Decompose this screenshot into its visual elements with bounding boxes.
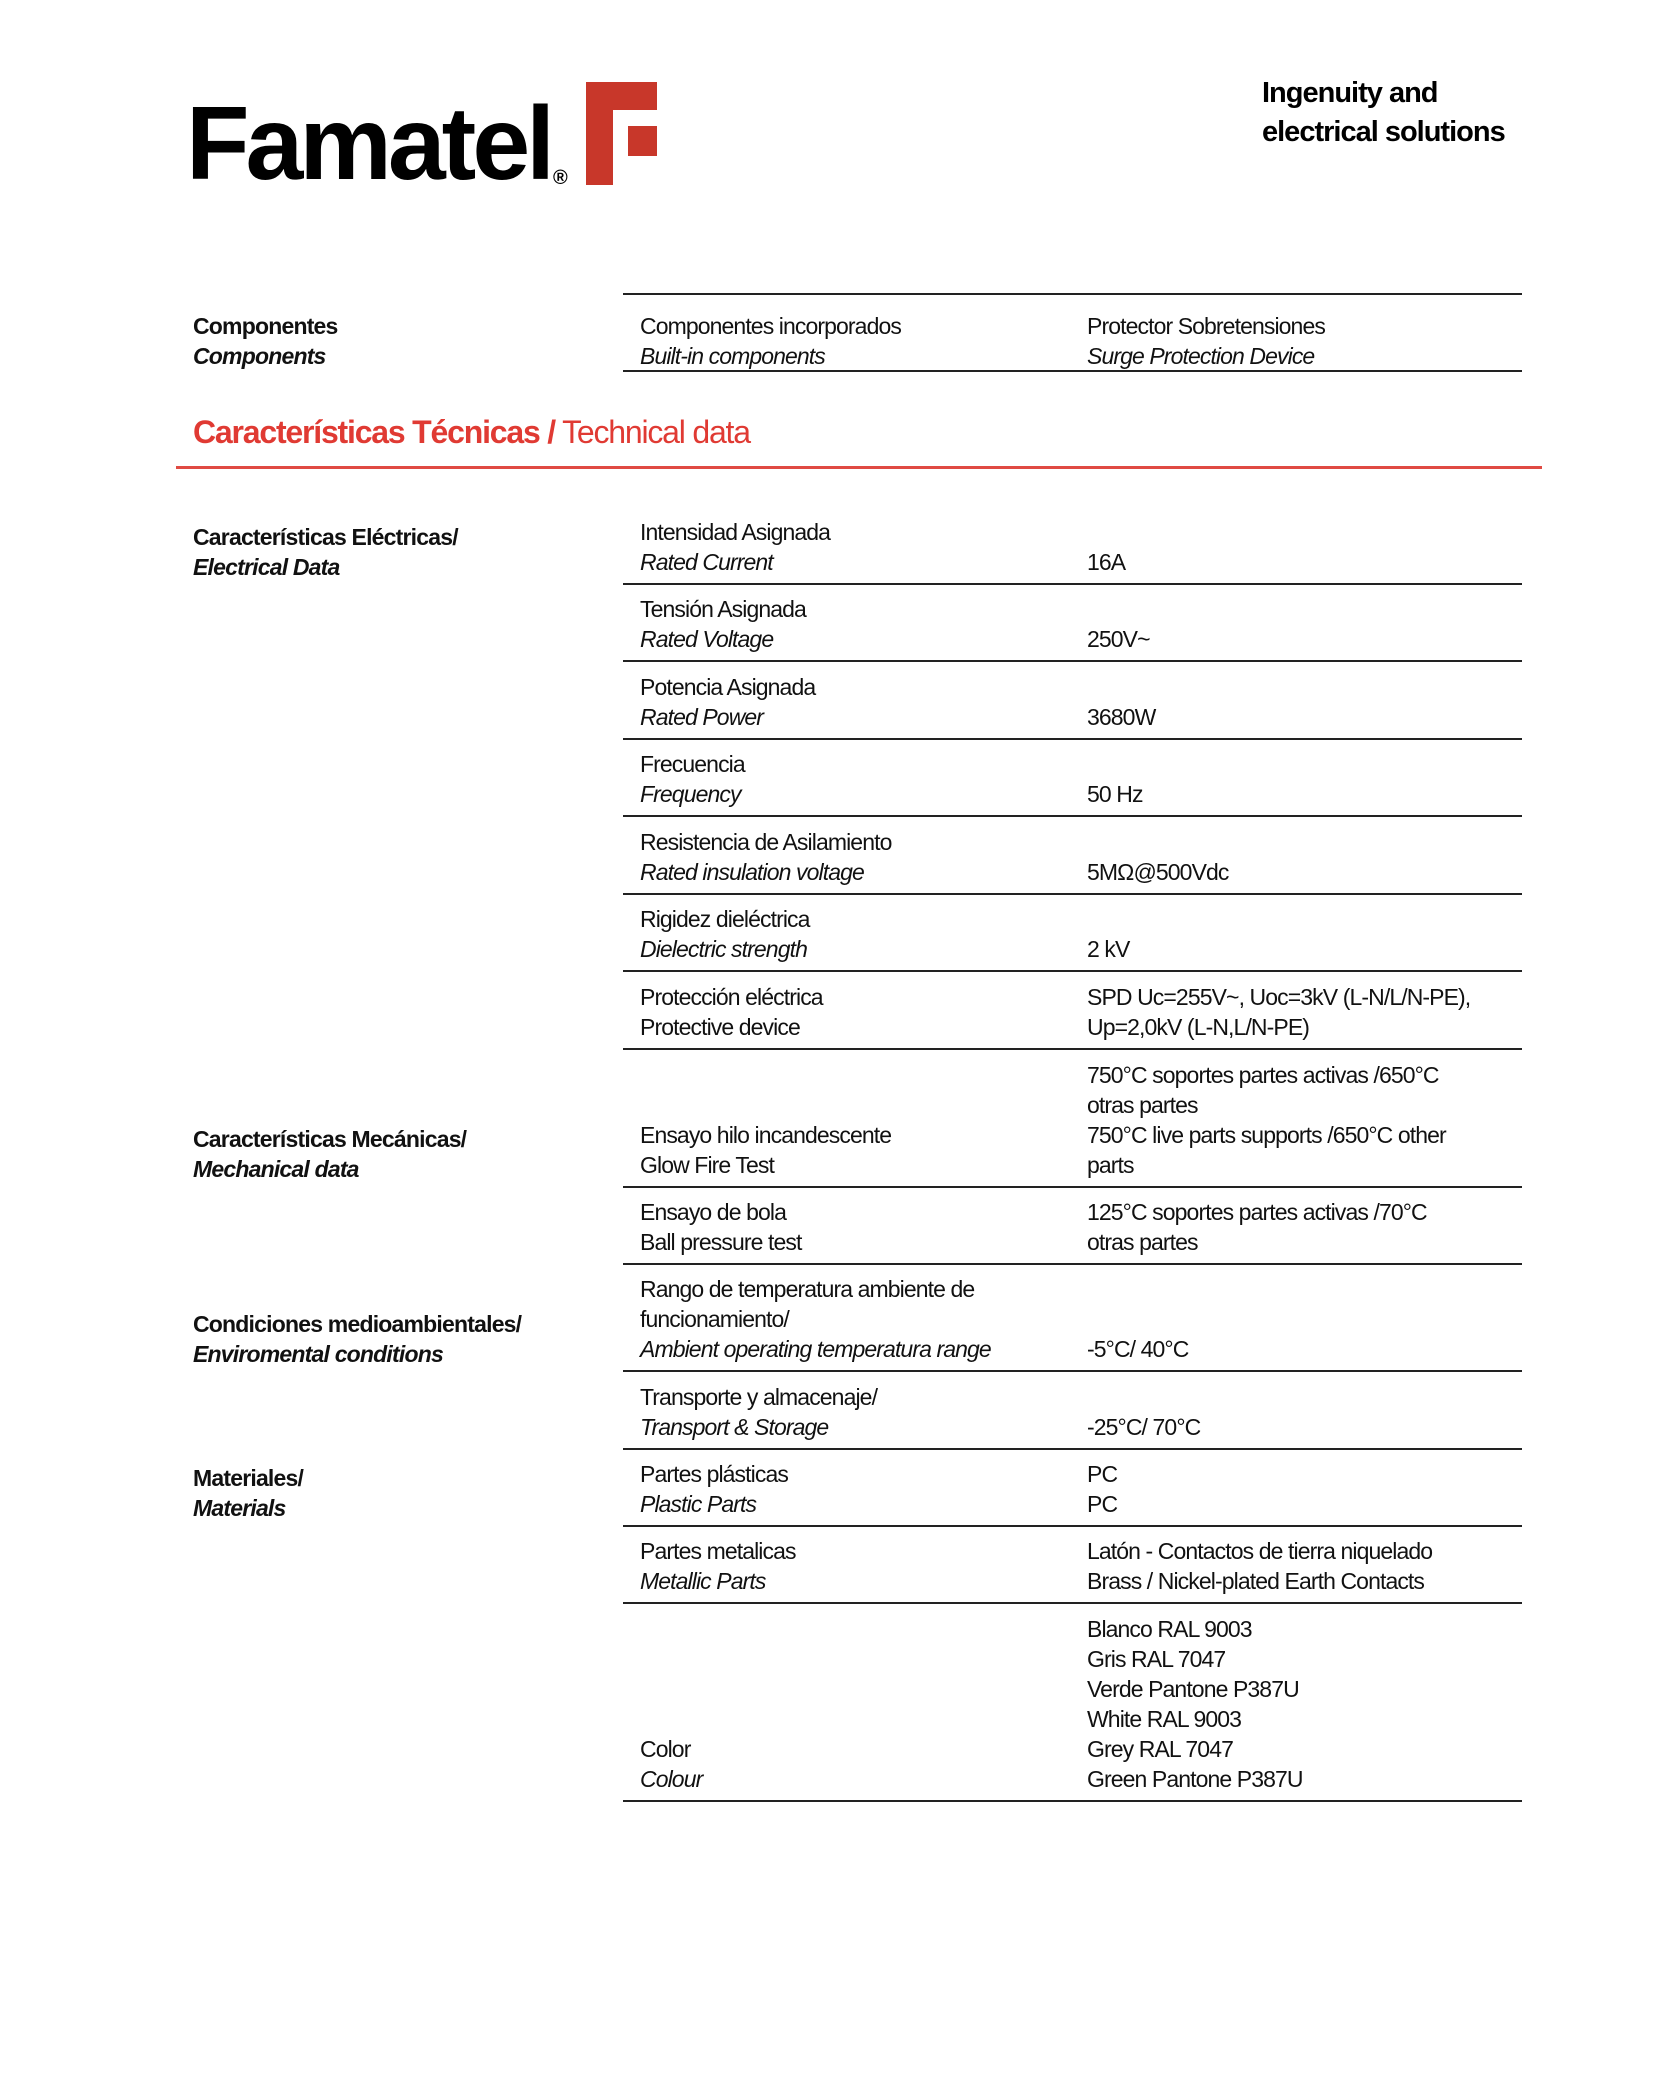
spec-value-line: Green Pantone P387U [1087, 1764, 1303, 1794]
brand-logo: Famatel ® [186, 92, 568, 196]
spec-value: 750°C soportes partes activas /650°Cotra… [1087, 1060, 1446, 1180]
spec-value-line: -25°C/ 70°C [1087, 1412, 1200, 1442]
group-label-mechanical: Características Mecánicas/ Mechanical da… [193, 1124, 466, 1184]
spec-field-line: funcionamiento/ [640, 1304, 991, 1334]
spec-value: 16A [1087, 547, 1125, 577]
spec-value-line: parts [1087, 1150, 1446, 1180]
row-divider [623, 738, 1522, 740]
spec-value: 125°C soportes partes activas /70°Cotras… [1087, 1197, 1427, 1257]
spec-field-en: Rated insulation voltage [640, 857, 891, 887]
row-divider [623, 660, 1522, 662]
spec-field-line: Intensidad Asignada [640, 517, 830, 547]
spec-field: Ensayo hilo incandescenteGlow Fire Test [640, 1120, 891, 1180]
spec-value-line: 16A [1087, 547, 1125, 577]
components-label: Componentes Components [193, 311, 338, 371]
section-title-en: Technical data [562, 414, 750, 450]
row-divider [623, 815, 1522, 817]
spec-field-line: Transporte y almacenaje/ [640, 1382, 877, 1412]
group-label-es: Características Eléctricas/ [193, 522, 458, 552]
spec-field-line: Ensayo hilo incandescente [640, 1120, 891, 1150]
brand-tagline: Ingenuity and electrical solutions [1262, 74, 1505, 152]
spec-value-line: 750°C soportes partes activas /650°C [1087, 1060, 1446, 1090]
row-divider [623, 893, 1522, 895]
spec-value: 250V~ [1087, 624, 1150, 654]
spec-field: Rango de temperatura ambiente defunciona… [640, 1274, 991, 1364]
spec-field-line: Protective device [640, 1012, 823, 1042]
row-divider [623, 1448, 1522, 1450]
spec-field-line: Partes plásticas [640, 1459, 788, 1489]
spec-value-line: 2 kV [1087, 934, 1129, 964]
brand-wordmark: Famatel [186, 92, 551, 196]
spec-field-en: Rated Voltage [640, 624, 806, 654]
spec-field-line: Potencia Asignada [640, 672, 815, 702]
spec-value-line: Gris RAL 7047 [1087, 1644, 1303, 1674]
spec-field-line: Rigidez dieléctrica [640, 904, 810, 934]
spec-value-line: Brass / Nickel-plated Earth Contacts [1087, 1566, 1432, 1596]
components-bottom-rule [623, 370, 1522, 372]
spec-value-line: otras partes [1087, 1090, 1446, 1120]
spec-value: Latón - Contactos de tierra niqueladoBra… [1087, 1536, 1432, 1596]
spec-value-line: PC [1087, 1489, 1117, 1519]
spec-field-line: Rango de temperatura ambiente de [640, 1274, 991, 1304]
spec-value-line: Latón - Contactos de tierra niquelado [1087, 1536, 1432, 1566]
spec-value-line: 3680W [1087, 702, 1155, 732]
spec-value: Blanco RAL 9003Gris RAL 7047Verde Panton… [1087, 1614, 1303, 1794]
spec-field-en: Plastic Parts [640, 1489, 788, 1519]
row-divider [623, 1525, 1522, 1527]
tagline-line-1: Ingenuity and [1262, 74, 1505, 113]
spec-field-line: Protección eléctrica [640, 982, 823, 1012]
spec-value: PCPC [1087, 1459, 1117, 1519]
components-label-es: Componentes [193, 311, 338, 341]
spec-value-line: SPD Uc=255V~, Uoc=3kV (L-N/L/N-PE), [1087, 982, 1470, 1012]
spec-field-en: Frequency [640, 779, 745, 809]
spec-value-line: 50 Hz [1087, 779, 1143, 809]
group-label-environmental: Condiciones medioambientales/ Enviroment… [193, 1309, 521, 1369]
row-divider [623, 1370, 1522, 1372]
spec-value-line: 125°C soportes partes activas /70°C [1087, 1197, 1427, 1227]
spec-value-line: 750°C live parts supports /650°C other [1087, 1120, 1446, 1150]
group-label-en: Mechanical data [193, 1154, 466, 1184]
group-label-materials: Materiales/ Materials [193, 1463, 303, 1523]
spec-value-line: 250V~ [1087, 624, 1150, 654]
spec-field: Partes metalicasMetallic Parts [640, 1536, 796, 1596]
group-label-es: Características Mecánicas/ [193, 1124, 466, 1154]
spec-field-en: Rated Power [640, 702, 815, 732]
spec-value-line: PC [1087, 1459, 1117, 1489]
spec-field-en: Colour [640, 1764, 702, 1794]
row-divider [623, 1186, 1522, 1188]
row-divider [623, 1602, 1522, 1604]
section-divider [176, 466, 1542, 469]
spec-value-line: Blanco RAL 9003 [1087, 1614, 1303, 1644]
row-divider [623, 1263, 1522, 1265]
section-title-es: Características Técnicas / [193, 414, 555, 450]
group-label-electrical: Características Eléctricas/ Electrical D… [193, 522, 458, 582]
section-title: Características Técnicas / Technical dat… [193, 412, 750, 452]
spec-value-line: Verde Pantone P387U [1087, 1674, 1303, 1704]
row-divider [623, 583, 1522, 585]
spec-field: Resistencia de AsilamientoRated insulati… [640, 827, 891, 887]
spec-value-line: Grey RAL 7047 [1087, 1734, 1303, 1764]
spec-value: -25°C/ 70°C [1087, 1412, 1200, 1442]
components-label-en: Components [193, 341, 338, 371]
spec-field-en: Metallic Parts [640, 1566, 796, 1596]
spec-field: Intensidad AsignadaRated Current [640, 517, 830, 577]
spec-field-line: Partes metalicas [640, 1536, 796, 1566]
spec-value: 50 Hz [1087, 779, 1143, 809]
group-label-es: Materiales/ [193, 1463, 303, 1493]
spec-value: 3680W [1087, 702, 1155, 732]
components-field-en: Built-in components [640, 341, 901, 371]
components-value-en: Surge Protection Device [1087, 341, 1325, 371]
spec-field-line: Resistencia de Asilamiento [640, 827, 891, 857]
components-field: Componentes incorporados Built-in compon… [640, 311, 901, 371]
spec-field: Ensayo de bolaBall pressure test [640, 1197, 802, 1257]
spec-value-line: White RAL 9003 [1087, 1704, 1303, 1734]
spec-field: Protección eléctricaProtective device [640, 982, 823, 1042]
spec-value-line: 5MΩ@500Vdc [1087, 857, 1229, 887]
spec-field: FrecuenciaFrequency [640, 749, 745, 809]
spec-field: Potencia AsignadaRated Power [640, 672, 815, 732]
spec-field: Tensión AsignadaRated Voltage [640, 594, 806, 654]
group-label-en: Materials [193, 1493, 303, 1523]
row-divider [623, 1800, 1522, 1802]
famatel-f-icon [586, 82, 657, 185]
spec-value-line: Up=2,0kV (L-N,L/N-PE) [1087, 1012, 1470, 1042]
tagline-line-2: electrical solutions [1262, 113, 1505, 152]
spec-field-line: Ensayo de bola [640, 1197, 802, 1227]
spec-field: Partes plásticasPlastic Parts [640, 1459, 788, 1519]
spec-field: Transporte y almacenaje/Transport & Stor… [640, 1382, 877, 1442]
spec-field-line: Ball pressure test [640, 1227, 802, 1257]
spec-field-line: Glow Fire Test [640, 1150, 891, 1180]
components-value: Protector Sobretensiones Surge Protectio… [1087, 311, 1325, 371]
spec-field-line: Frecuencia [640, 749, 745, 779]
spec-value: 2 kV [1087, 934, 1129, 964]
row-divider [623, 970, 1522, 972]
spec-value: -5°C/ 40°C [1087, 1334, 1188, 1364]
spec-value-line: -5°C/ 40°C [1087, 1334, 1188, 1364]
spec-value: SPD Uc=255V~, Uoc=3kV (L-N/L/N-PE),Up=2,… [1087, 982, 1470, 1042]
spec-field-line: Color [640, 1734, 702, 1764]
spec-value-line: otras partes [1087, 1227, 1427, 1257]
spec-field-en: Rated Current [640, 547, 830, 577]
spec-value: 5MΩ@500Vdc [1087, 857, 1229, 887]
spec-field: ColorColour [640, 1734, 702, 1794]
spec-field-en: Ambient operating temperatura range [640, 1334, 991, 1364]
group-label-en: Enviromental conditions [193, 1339, 521, 1369]
spec-field-line: Tensión Asignada [640, 594, 806, 624]
spec-field-en: Transport & Storage [640, 1412, 877, 1442]
spec-field: Rigidez dieléctricaDielectric strength [640, 904, 810, 964]
group-label-en: Electrical Data [193, 552, 458, 582]
row-divider [623, 1048, 1522, 1050]
group-label-es: Condiciones medioambientales/ [193, 1309, 521, 1339]
components-field-es: Componentes incorporados [640, 311, 901, 341]
components-top-rule [623, 293, 1522, 295]
registered-mark: ® [553, 167, 568, 190]
components-value-es: Protector Sobretensiones [1087, 311, 1325, 341]
spec-field-en: Dielectric strength [640, 934, 810, 964]
